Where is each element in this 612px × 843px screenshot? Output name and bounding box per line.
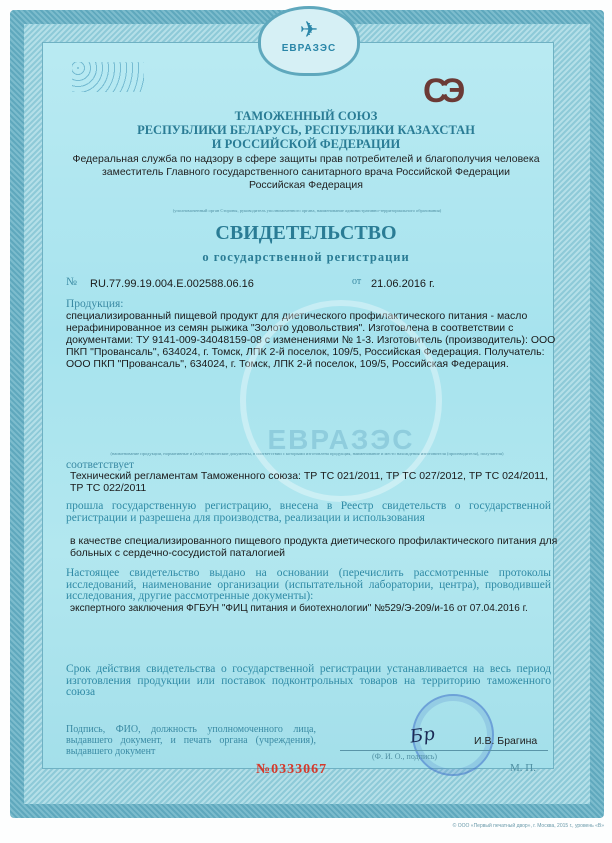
header-line-3: И РОССИЙСКОЙ ФЕДЕРАЦИИ	[60, 138, 552, 151]
authority-line-3: Российская Федерация	[60, 179, 552, 192]
header-line-1: ТАМОЖЕННЫЙ СОЮЗ	[60, 110, 552, 123]
document-title: СВИДЕТЕЛЬСТВО	[60, 222, 552, 245]
document-subtitle: о государственной регистрации	[60, 250, 552, 265]
validity-statement: Срок действия свидетельства о государств…	[66, 664, 551, 699]
date-label: от	[352, 276, 361, 287]
se-conformity-mark-icon: СЭ	[423, 72, 459, 111]
conforms-line: Технический регламентам Таможенного союз…	[70, 470, 548, 482]
authority-caption: (уполномоченный орган Стороны, руководит…	[62, 208, 552, 213]
registration-date: 21.06.2016 г.	[371, 278, 435, 290]
registration-number: RU.77.99.19.004.Е.002588.06.16	[90, 278, 254, 290]
basis-statement: Настоящее свидетельство выдано на основа…	[66, 568, 551, 603]
registration-statement: прошла государственную регистрацию, внес…	[66, 501, 551, 524]
signature-icon: Бр	[409, 723, 436, 747]
signature-label: Подпись, ФИО, должность уполномоченного …	[66, 724, 316, 757]
usage-line: в качестве специализированного пищевого …	[70, 535, 557, 547]
usage-line: больных с сердечно-сосудистой паталогией	[70, 547, 285, 559]
product-caption: (наименование продукции, нормативные и (…	[62, 451, 552, 456]
conforms-line: ТР ТС 022/2011	[70, 482, 146, 494]
stamp-place-label: М. П.	[510, 762, 536, 774]
eurasec-emblem-icon: ✈	[289, 17, 329, 43]
serial-number: №0333067	[256, 762, 327, 778]
signature-caption: (Ф. И. О., подпись)	[372, 752, 437, 761]
eurasec-logo: ✈ ЕВРАЗЭС	[258, 6, 360, 76]
product-label: Продукция:	[66, 298, 123, 310]
authority-line-2: заместитель Главного государственного са…	[60, 166, 552, 179]
signer-name: И.В. Брагина	[474, 735, 537, 747]
number-label: №	[66, 276, 77, 288]
basis-value: экспертного заключения ФГБУН "ФИЦ питани…	[70, 603, 528, 615]
header-line-2: РЕСПУБЛИКИ БЕЛАРУСЬ, РЕСПУБЛИКИ КАЗАХСТА…	[60, 124, 552, 137]
security-pattern	[72, 62, 144, 92]
signature-line	[340, 750, 548, 751]
printer-imprint: © ООО «Первый печатный двор», г. Москва,…	[453, 823, 604, 829]
authority-line-1: Федеральная служба по надзору в сфере за…	[60, 153, 552, 166]
logo-text: ЕВРАЗЭС	[261, 43, 357, 54]
